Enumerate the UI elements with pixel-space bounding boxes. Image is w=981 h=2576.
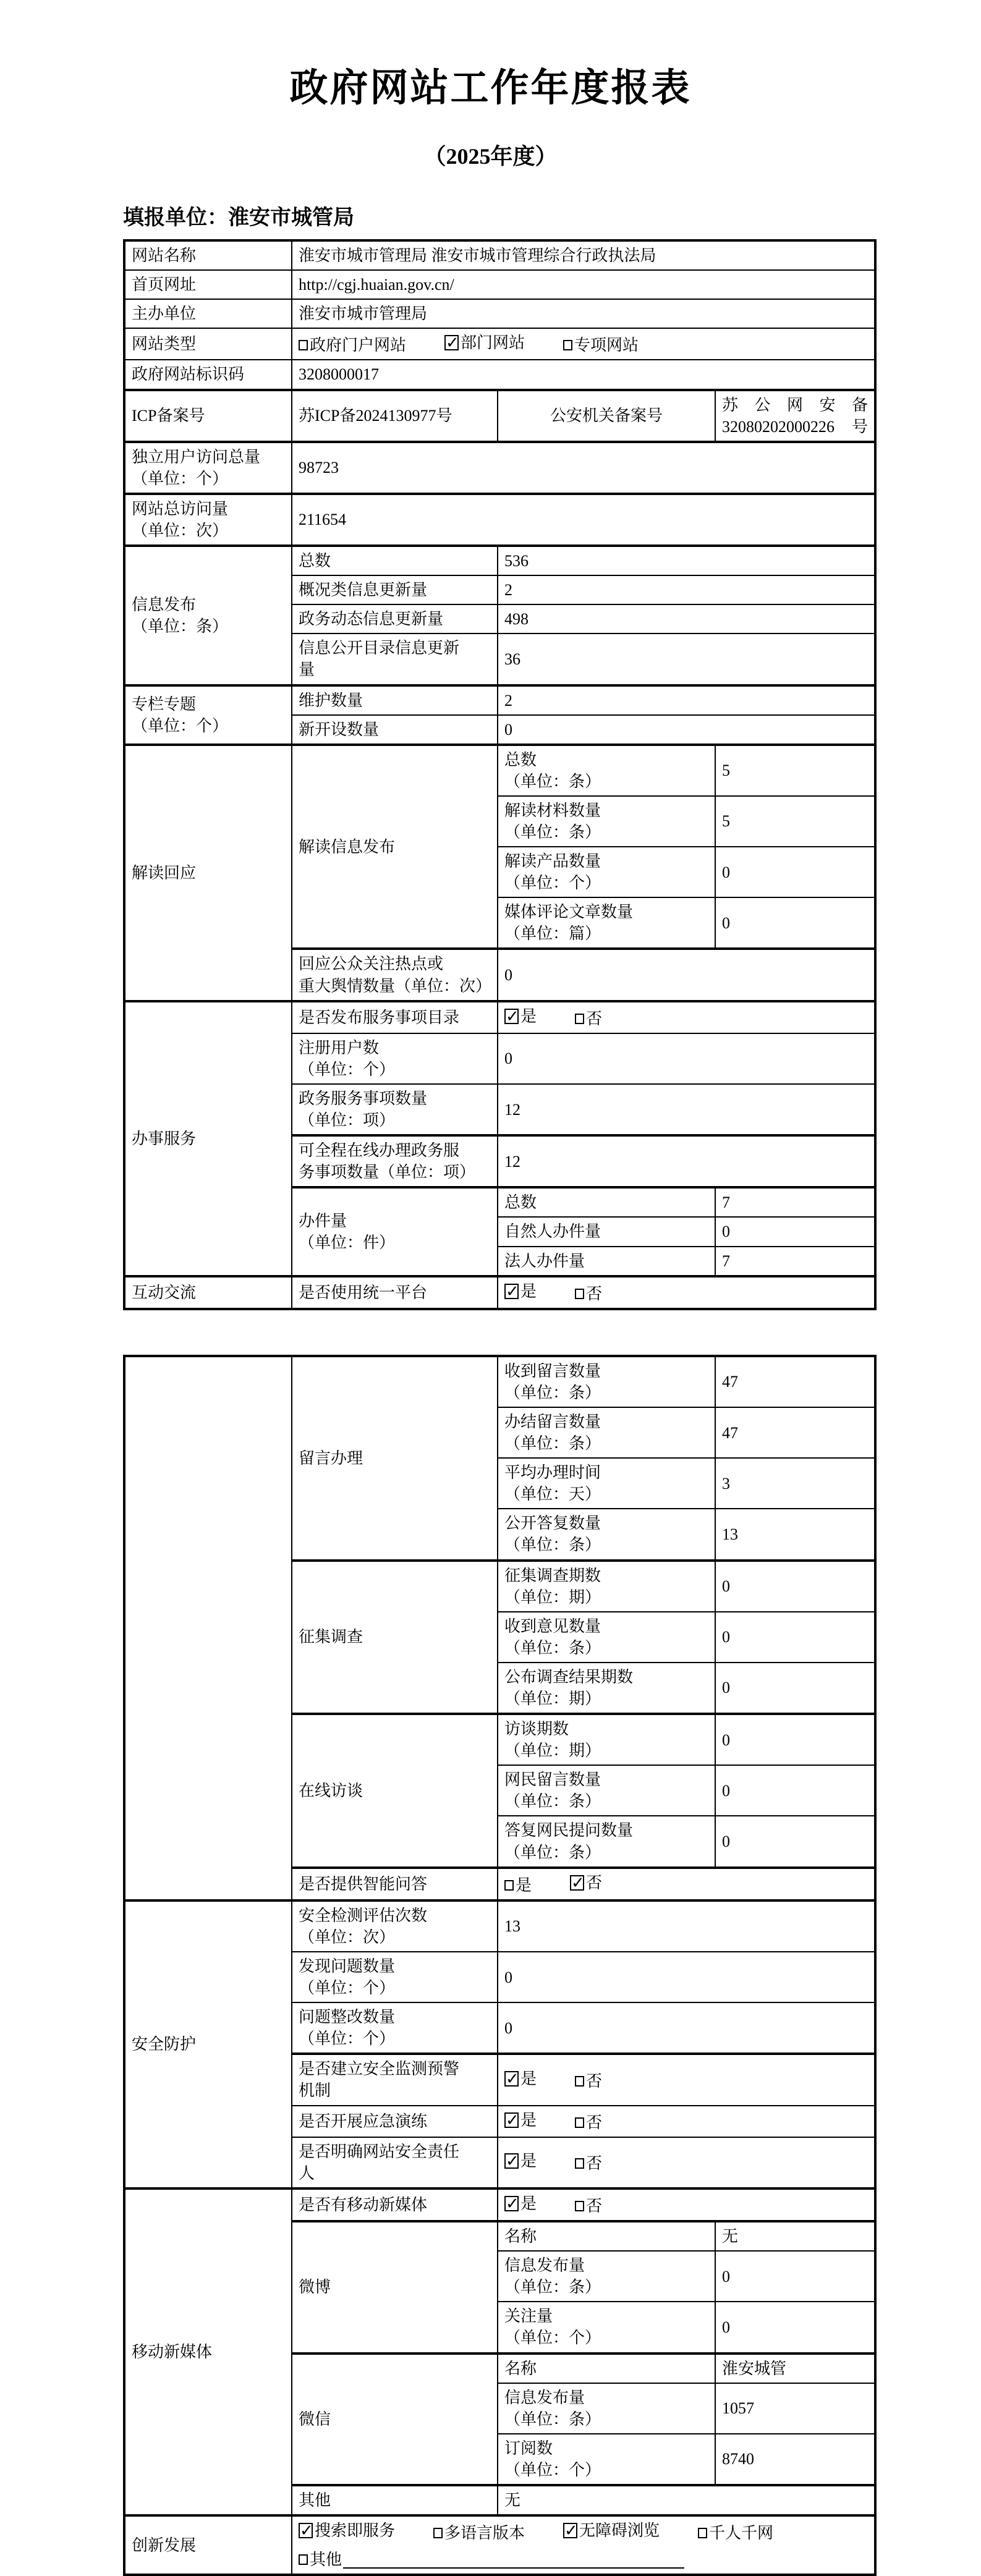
checkbox-second-line: 其他 [299, 2549, 868, 2570]
checkbox-label: 否 [586, 1872, 602, 1894]
label-cell: 问题整改数量 （单位：个） [292, 2002, 498, 2054]
checkbox-label: 否 [586, 2195, 602, 2217]
label-cell: 总数 [292, 546, 498, 575]
category-cell: 办事服务 [124, 1001, 292, 1276]
checkbox-label: 否 [586, 2070, 602, 2092]
value-cell: 0 [498, 1033, 875, 1084]
label-cell: 收到留言数量 （单位：条） [498, 1356, 715, 1407]
label-cell: 可全程在线办理政务服 务事项数量（单位：项） [292, 1135, 498, 1187]
checkbox-option: 否 [570, 1872, 602, 1894]
label-cell: 收到意见数量 （单位：条） [498, 1612, 715, 1663]
checkbox-label: 是 [520, 2150, 537, 2172]
label-cell: 其他 [292, 2485, 498, 2515]
category-cell: ICP备案号 [124, 390, 292, 442]
value-cell: 0 [715, 1663, 875, 1714]
checkbox-checked-icon [504, 2071, 519, 2087]
annual-report-table-1: 网站名称淮安市城市管理局 淮安市城市管理综合行政执法局首页网址http://cg… [123, 239, 877, 1310]
label-cell: 自然人办件量 [498, 1217, 715, 1246]
category-cell: 互动交流 [124, 1276, 292, 1309]
value-cell: 无 [498, 2485, 875, 2515]
value-cell: 0 [715, 847, 875, 897]
checkbox-option: 是 [504, 2109, 537, 2131]
value-cell: 无 [715, 2221, 875, 2251]
label-cell: 政务服务事项数量 （单位：项） [292, 1084, 498, 1135]
label-cell: 是否明确网站安全责任 人 [292, 2137, 498, 2188]
checkbox-checked-icon [444, 335, 459, 350]
checkbox-unchecked-icon [575, 2117, 584, 2128]
label-cell: 解读材料数量 （单位：条） [498, 796, 715, 847]
report-title: 政府网站工作年度报表 [0, 57, 981, 112]
label-cell: 信息发布量 （单位：条） [498, 2251, 715, 2302]
value-cell: 苏公网安备 32080202000226号 [715, 390, 875, 442]
checkbox-unchecked-icon [575, 1289, 584, 1299]
value-cell: 苏ICP备2024130977号 [292, 390, 498, 442]
label-cell: 法人办件量 [498, 1247, 715, 1276]
checkbox-option: 部门网站 [444, 332, 525, 354]
value-cell: 5 [715, 796, 875, 847]
value-cell: 5 [715, 745, 875, 796]
value-cell: 12 [498, 1084, 875, 1135]
checkbox-checked-icon [504, 2153, 519, 2169]
value-cell: 47 [715, 1407, 875, 1458]
category-cell: 移动新媒体 [124, 2188, 292, 2515]
value-cell: 0 [715, 1561, 875, 1612]
value-cell: 淮安市城市管理局 [292, 299, 875, 328]
label-cell: 注册用户数 （单位：个） [292, 1033, 498, 1084]
checkbox-checked-icon [504, 2196, 519, 2211]
annual-report-table-2: 留言办理收到留言数量 （单位：条）47办结留言数量 （单位：条）47平均办理时间… [123, 1355, 877, 2576]
checkbox-option: 是 [504, 2193, 537, 2214]
checkbox-option: 搜索即服务 [299, 2520, 395, 2541]
label-cell: 微博 [292, 2221, 498, 2353]
category-cell: 首页网址 [124, 270, 292, 299]
checkbox-label: 部门网站 [461, 332, 525, 354]
checkbox-option: 否 [575, 2112, 602, 2133]
value-cell: 3208000017 [292, 360, 875, 389]
value-cell: 12 [498, 1135, 875, 1187]
label-cell: 微信 [292, 2354, 498, 2485]
checkbox-option: 是 [504, 1281, 537, 1302]
checkbox-option: 专项网站 [563, 334, 639, 356]
label-cell: 征集调查期数 （单位：期） [498, 1561, 715, 1612]
checkbox-label: 否 [586, 2112, 602, 2133]
checkbox-label: 是 [520, 2109, 537, 2131]
checkbox-group-cell: 是否 [498, 2188, 875, 2221]
value-cell: 36 [498, 633, 875, 685]
checkbox-checked-icon [570, 1875, 584, 1891]
label-cell: 办结留言数量 （单位：条） [498, 1407, 715, 1458]
checkbox-group-cell: 搜索即服务多语言版本无障碍浏览千人千网其他 [292, 2515, 875, 2575]
category-cell: 网站名称 [124, 240, 292, 270]
value-cell: 0 [715, 1714, 875, 1765]
category-cell: 网站总访问量 （单位：次） [124, 494, 292, 546]
label-cell: 公布调查结果期数 （单位：期） [498, 1663, 715, 1714]
label-cell: 平均办理时间 （单位：天） [498, 1458, 715, 1509]
value-cell: 1057 [715, 2383, 875, 2434]
category-cell: 专栏专题 （单位：个） [124, 685, 292, 745]
category-cell: 安全防护 [124, 1900, 292, 2188]
checkbox-label: 是 [516, 1875, 532, 1896]
value-cell: 0 [498, 2002, 875, 2054]
label-cell: 公开答复数量 （单位：条） [498, 1509, 715, 1560]
value-cell: 13 [498, 1900, 875, 1952]
checkbox-group-cell: 是否 [498, 2106, 875, 2137]
blank-underline [343, 2551, 684, 2569]
category-cell: 信息发布 （单位：条） [124, 546, 292, 685]
label-cell: 名称 [498, 2354, 715, 2383]
label-cell: 回应公众关注热点或 重大舆情数量（单位：次） [292, 949, 498, 1001]
checkbox-option: 其他 [299, 2549, 684, 2570]
label-cell: 留言办理 [292, 1356, 498, 1561]
value-cell: 8740 [715, 2434, 875, 2485]
annual-report-page: 政府网站工作年度报表 （2025年度） 填报单位：淮安市城管局 网站名称淮安市城… [0, 0, 981, 2576]
value-cell: 47 [715, 1356, 875, 1407]
label-cell: 办件量 （单位：件） [292, 1187, 498, 1276]
value-cell: 211654 [292, 494, 875, 546]
label-cell: 网民留言数量 （单位：条） [498, 1765, 715, 1816]
checkbox-unchecked-icon [504, 1880, 514, 1891]
checkbox-option: 是 [504, 2150, 537, 2172]
value-cell: 13 [715, 1509, 875, 1560]
value-cell: 0 [715, 2302, 875, 2353]
label-cell: 维护数量 [292, 685, 498, 715]
checkbox-label: 其他 [310, 2549, 342, 2570]
checkbox-option: 否 [575, 1008, 602, 1030]
checkbox-unchecked-icon [698, 2528, 707, 2538]
checkbox-unchecked-icon [575, 2201, 584, 2211]
checkbox-label: 千人千网 [709, 2522, 773, 2544]
checkbox-checked-icon [504, 1284, 519, 1299]
value-cell: 498 [498, 604, 875, 633]
checkbox-label: 是 [520, 1281, 537, 1302]
label-cell: 新开设数量 [292, 715, 498, 745]
checkbox-unchecked-icon [299, 340, 308, 350]
value-cell: 0 [498, 949, 875, 1001]
value-cell: 2 [498, 575, 875, 604]
table-gap [0, 1310, 981, 1355]
checkbox-group-cell: 政府门户网站部门网站专项网站 [292, 328, 875, 360]
value-cell: 0 [715, 897, 875, 949]
checkbox-group-cell: 是否 [498, 1001, 875, 1033]
checkbox-option: 否 [575, 2153, 602, 2174]
checkbox-unchecked-icon [299, 2554, 308, 2565]
checkbox-label: 否 [586, 2153, 602, 2174]
value-cell: 3 [715, 1458, 875, 1509]
report-year: （2025年度） [0, 139, 981, 171]
checkbox-group-cell: 是否 [498, 2137, 875, 2188]
value-cell: 0 [715, 1217, 875, 1246]
label-cell: 是否发布服务事项目录 [292, 1001, 498, 1033]
category-cell: 解读回应 [124, 745, 292, 1001]
category-cell: 主办单位 [124, 299, 292, 328]
label-cell: 政务动态信息更新量 [292, 604, 498, 633]
checkbox-label: 搜索即服务 [315, 2520, 395, 2541]
value-cell: 98723 [292, 442, 875, 494]
checkbox-option: 千人千网 [698, 2522, 773, 2544]
checkbox-checked-icon [504, 2112, 519, 2128]
checkbox-group-cell: 是否 [498, 1276, 875, 1309]
label-cell: 信息发布量 （单位：条） [498, 2383, 715, 2434]
checkbox-option: 无障碍浏览 [563, 2520, 660, 2541]
category-cell: 独立用户访问总量 （单位：个） [124, 442, 292, 494]
label-cell: 信息公开目录信息更新 量 [292, 633, 498, 685]
checkbox-label: 否 [586, 1283, 602, 1305]
category-cell: 政府网站标识码 [124, 360, 292, 389]
checkbox-option: 是 [504, 2068, 537, 2090]
checkbox-label: 多语言版本 [444, 2522, 525, 2544]
checkbox-label: 政府门户网站 [310, 334, 406, 356]
checkbox-option: 是 [504, 1875, 532, 1896]
value-cell: 536 [498, 546, 875, 575]
checkbox-option: 否 [575, 1283, 602, 1305]
value-cell: 0 [715, 2251, 875, 2302]
checkbox-checked-icon [563, 2523, 577, 2538]
value-cell: 2 [498, 685, 875, 715]
label-cell: 解读信息发布 [292, 745, 498, 949]
checkbox-unchecked-icon [575, 2076, 584, 2087]
checkbox-group-cell: 是否 [498, 2054, 875, 2105]
value-cell: 7 [715, 1247, 875, 1276]
checkbox-unchecked-icon [575, 2158, 584, 2169]
label-cell: 是否建立安全监测预警 机制 [292, 2054, 498, 2105]
checkbox-option: 否 [575, 2070, 602, 2092]
label-cell: 是否有移动新媒体 [292, 2188, 498, 2221]
value-cell: 0 [498, 715, 875, 745]
value-cell: 0 [498, 1952, 875, 2002]
checkbox-option: 多语言版本 [433, 2522, 525, 2544]
checkbox-label: 是 [520, 2068, 537, 2090]
checkbox-label: 是 [520, 1006, 537, 1027]
checkbox-label: 无障碍浏览 [579, 2520, 660, 2541]
category-cell [124, 1356, 292, 1900]
checkbox-group-cell: 是否 [498, 1868, 875, 1900]
category-cell: 网站类型 [124, 328, 292, 360]
label-cell: 总数 （单位：条） [498, 745, 715, 796]
label-cell: 是否使用统一平台 [292, 1276, 498, 1309]
checkbox-checked-icon [299, 2523, 313, 2538]
label-cell: 征集调查 [292, 1561, 498, 1714]
label-cell: 名称 [498, 2221, 715, 2251]
value-cell: 0 [715, 1612, 875, 1663]
checkbox-label: 专项网站 [574, 334, 639, 356]
value-cell: http://cgj.huaian.gov.cn/ [292, 270, 875, 299]
checkbox-checked-icon [504, 1009, 519, 1024]
label-cell: 媒体评论文章数量 （单位：篇） [498, 897, 715, 949]
checkbox-unchecked-icon [563, 340, 572, 350]
label-cell: 关注量 （单位：个） [498, 2302, 715, 2353]
checkbox-label: 否 [586, 1008, 602, 1030]
label-cell: 总数 [498, 1187, 715, 1217]
label-cell: 发现问题数量 （单位：个） [292, 1952, 498, 2002]
checkbox-label: 是 [520, 2193, 537, 2214]
label-cell: 在线访谈 [292, 1714, 498, 1868]
checkbox-option: 是 [504, 1006, 537, 1027]
label-cell: 是否开展应急演练 [292, 2106, 498, 2137]
label-cell: 访谈期数 （单位：期） [498, 1714, 715, 1765]
value-cell: 淮安城管 [715, 2354, 875, 2383]
label-cell: 订阅数 （单位：个） [498, 2434, 715, 2485]
checkbox-option: 政府门户网站 [299, 334, 406, 356]
label-cell: 答复网民提问数量 （单位：条） [498, 1816, 715, 1867]
checkbox-option: 否 [575, 2195, 602, 2217]
value-cell: 淮安市城市管理局 淮安市城市管理综合行政执法局 [292, 240, 875, 270]
value-cell: 0 [715, 1765, 875, 1816]
label-cell: 是否提供智能问答 [292, 1868, 498, 1900]
label-cell: 公安机关备案号 [498, 390, 715, 442]
reporting-unit: 填报单位：淮安市城管局 [123, 200, 981, 231]
checkbox-unchecked-icon [433, 2528, 443, 2538]
checkbox-unchecked-icon [575, 1014, 584, 1024]
category-cell: 创新发展 [124, 2515, 292, 2575]
label-cell: 解读产品数量 （单位：个） [498, 847, 715, 897]
value-cell: 7 [715, 1187, 875, 1217]
value-cell: 0 [715, 1816, 875, 1867]
label-cell: 概况类信息更新量 [292, 575, 498, 604]
label-cell: 安全检测评估次数 （单位：次） [292, 1900, 498, 1952]
